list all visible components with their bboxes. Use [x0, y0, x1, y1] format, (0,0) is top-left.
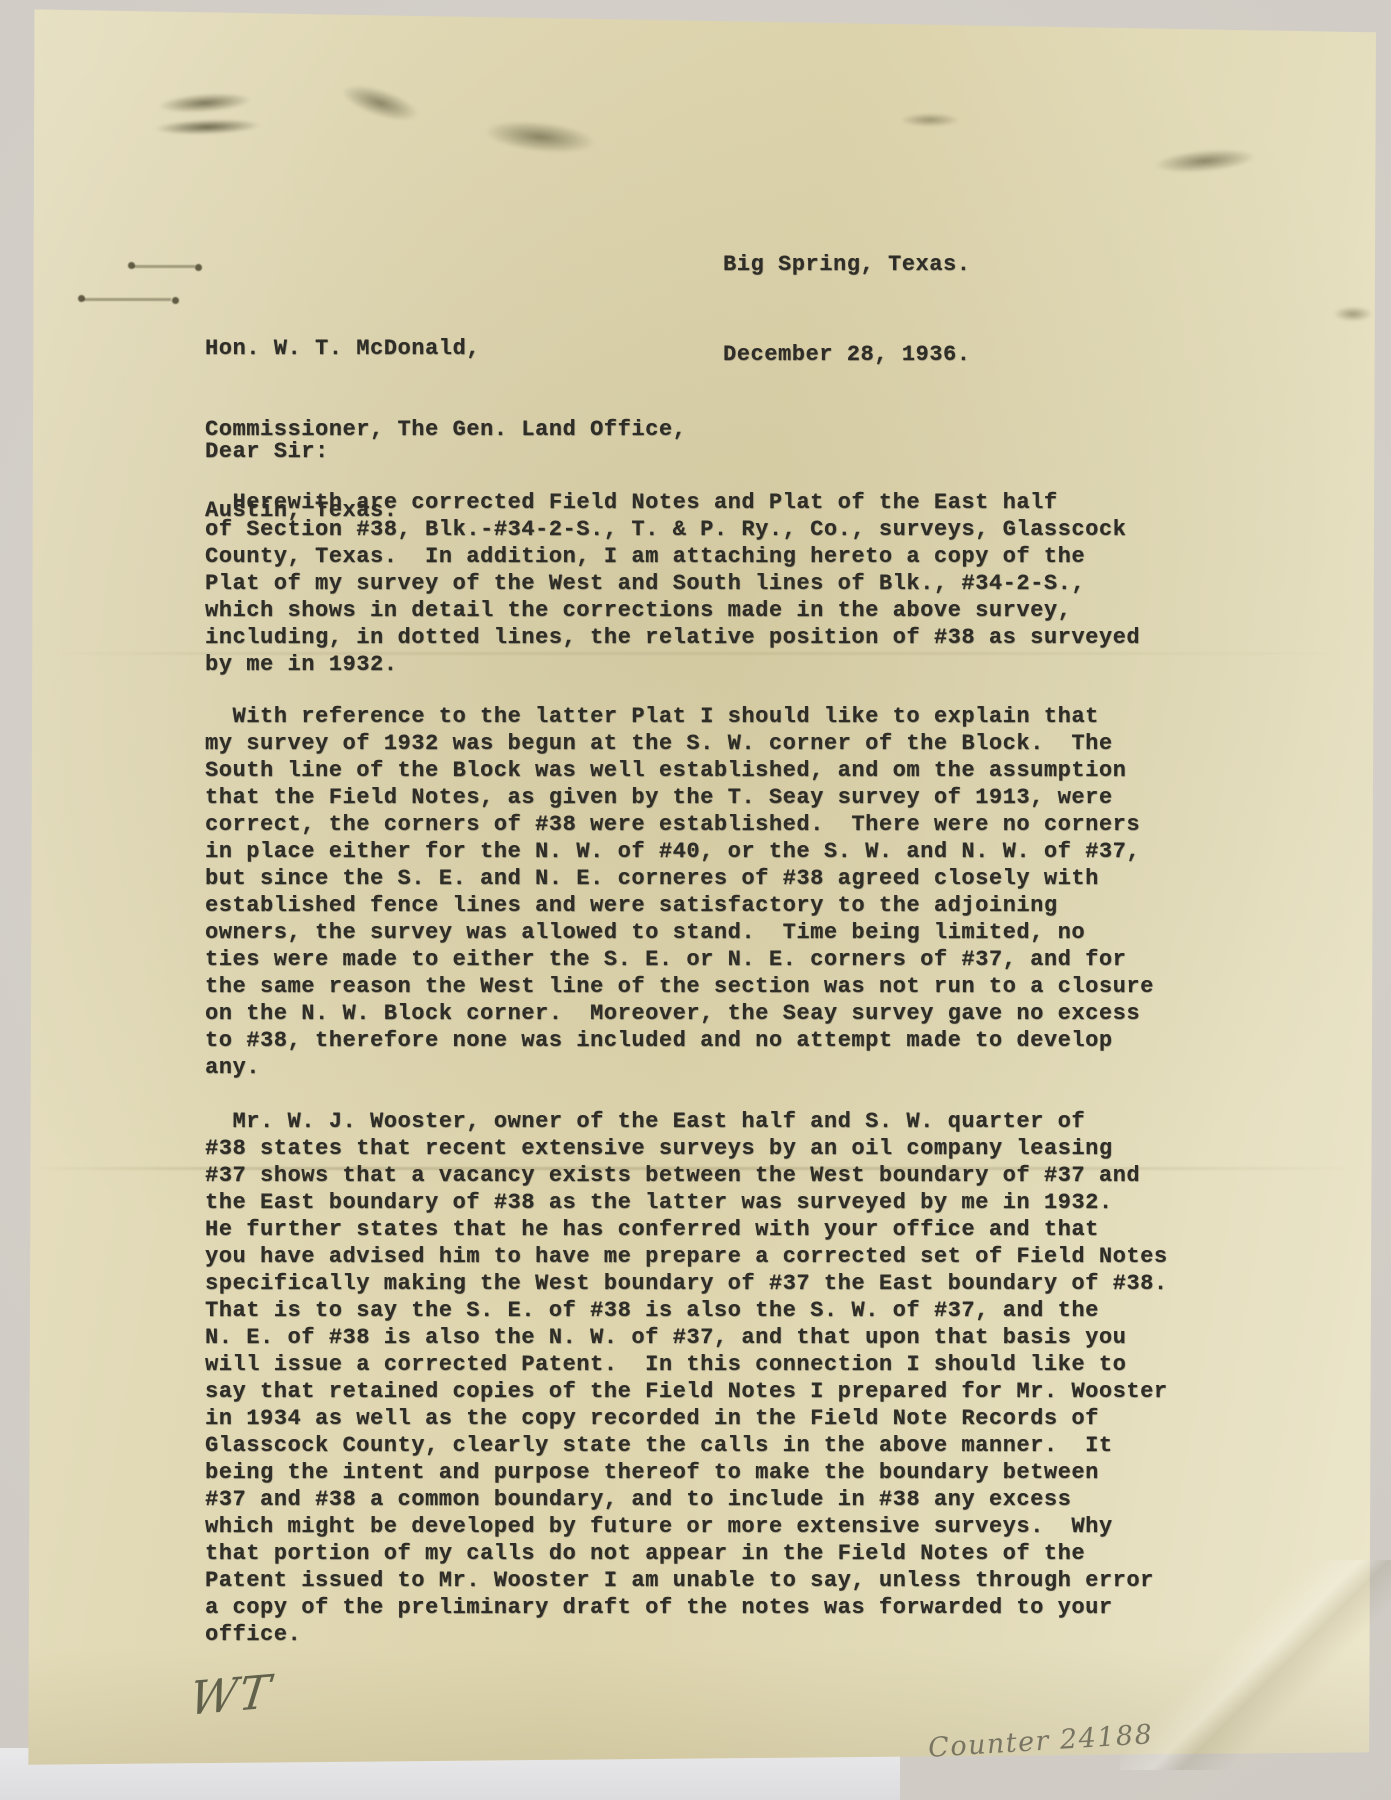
paragraph-1: Herewith are corrected Field Notes and P… [205, 489, 1140, 678]
dateline-place: Big Spring, Texas. [723, 250, 971, 280]
scanned-letter-page: { "letter": { "dateline": { "place": "Bi… [0, 0, 1391, 1800]
recipient-name: Hon. W. T. McDonald, [205, 335, 686, 362]
dateline-date: December 28, 1936. [723, 340, 971, 370]
handwritten-initials: WT [187, 1664, 275, 1726]
salutation: Dear Sir: [205, 438, 329, 465]
letter-body: Big Spring, Texas. December 28, 1936. Ho… [0, 0, 1391, 1800]
paragraph-3: Mr. W. J. Wooster, owner of the East hal… [205, 1108, 1168, 1648]
dateline: Big Spring, Texas. December 28, 1936. [723, 190, 971, 430]
paragraph-2: With reference to the latter Plat I shou… [205, 703, 1154, 1081]
